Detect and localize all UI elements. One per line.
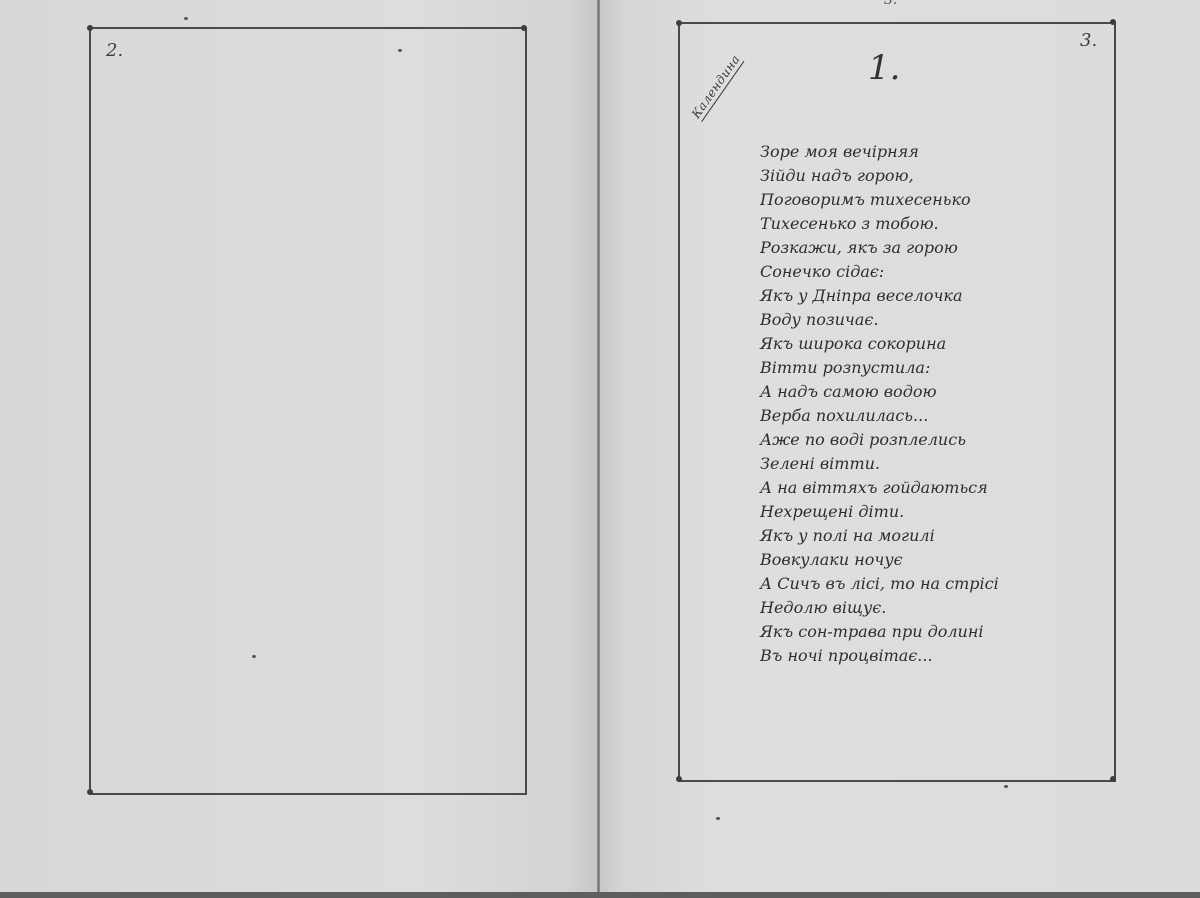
poem-number: 1. <box>868 48 900 88</box>
poem-line: Въ ночі процвітає... <box>760 644 1120 668</box>
poem-line: Сонечко сідає: <box>760 260 1120 284</box>
frame-corner-dot <box>676 20 682 26</box>
poem-line: Зелені вітти. <box>760 452 1120 476</box>
poem-line: А надъ самою водою <box>760 380 1120 404</box>
ink-speck <box>1004 785 1008 788</box>
poem-line: Зоре моя вечірняя <box>760 140 1120 164</box>
ink-speck <box>398 49 402 52</box>
poem-line: Воду позичає. <box>760 308 1120 332</box>
poem-line: Недолю віщує. <box>760 596 1120 620</box>
ink-speck <box>252 655 256 658</box>
frame-corner-dot <box>87 25 93 31</box>
ink-speck <box>184 17 188 20</box>
poem-line: Нехрещені діти. <box>760 500 1120 524</box>
poem-line: Поговоримъ тихесенько <box>760 188 1120 212</box>
left-page-number: 2. <box>106 40 123 61</box>
book-bottom-edge <box>0 892 1200 898</box>
poem-line: Якъ сон-трава при долині <box>760 620 1120 644</box>
poem-line: Розкажи, якъ за горою <box>760 236 1120 260</box>
poem-line: Аже по воді розплелись <box>760 428 1120 452</box>
frame-corner-dot <box>1110 776 1116 782</box>
poem-line: Якъ у полі на могилі <box>760 524 1120 548</box>
frame-corner-dot <box>676 776 682 782</box>
poem-line: А на віттяхъ гойдаються <box>760 476 1120 500</box>
ink-speck <box>716 817 720 820</box>
right-page-number: 3. <box>1080 30 1097 51</box>
poem-line: Верба похилилась... <box>760 404 1120 428</box>
top-page-mark: 3. <box>884 0 897 8</box>
frame-corner-dot <box>521 25 527 31</box>
poem-line: Тихесенько з тобою. <box>760 212 1120 236</box>
poem-text: Зоре моя вечірняя Зійди надъ горою, Пого… <box>760 140 1120 668</box>
manuscript-spread: 2. 3. 3. Календина 1. Зоре моя вечірняя … <box>0 0 1200 898</box>
frame-corner-dot <box>1110 19 1116 25</box>
poem-line: Вовкулаки ночує <box>760 548 1120 572</box>
poem-line: Вітти розпустила: <box>760 356 1120 380</box>
poem-line: А Сичъ въ лісі, то на стрісі <box>760 572 1120 596</box>
poem-line: Якъ у Дніпра веселочка <box>760 284 1120 308</box>
left-page-frame <box>89 27 527 795</box>
frame-corner-dot <box>87 789 93 795</box>
poem-line: Зійди надъ горою, <box>760 164 1120 188</box>
poem-line: Якъ широка сокорина <box>760 332 1120 356</box>
